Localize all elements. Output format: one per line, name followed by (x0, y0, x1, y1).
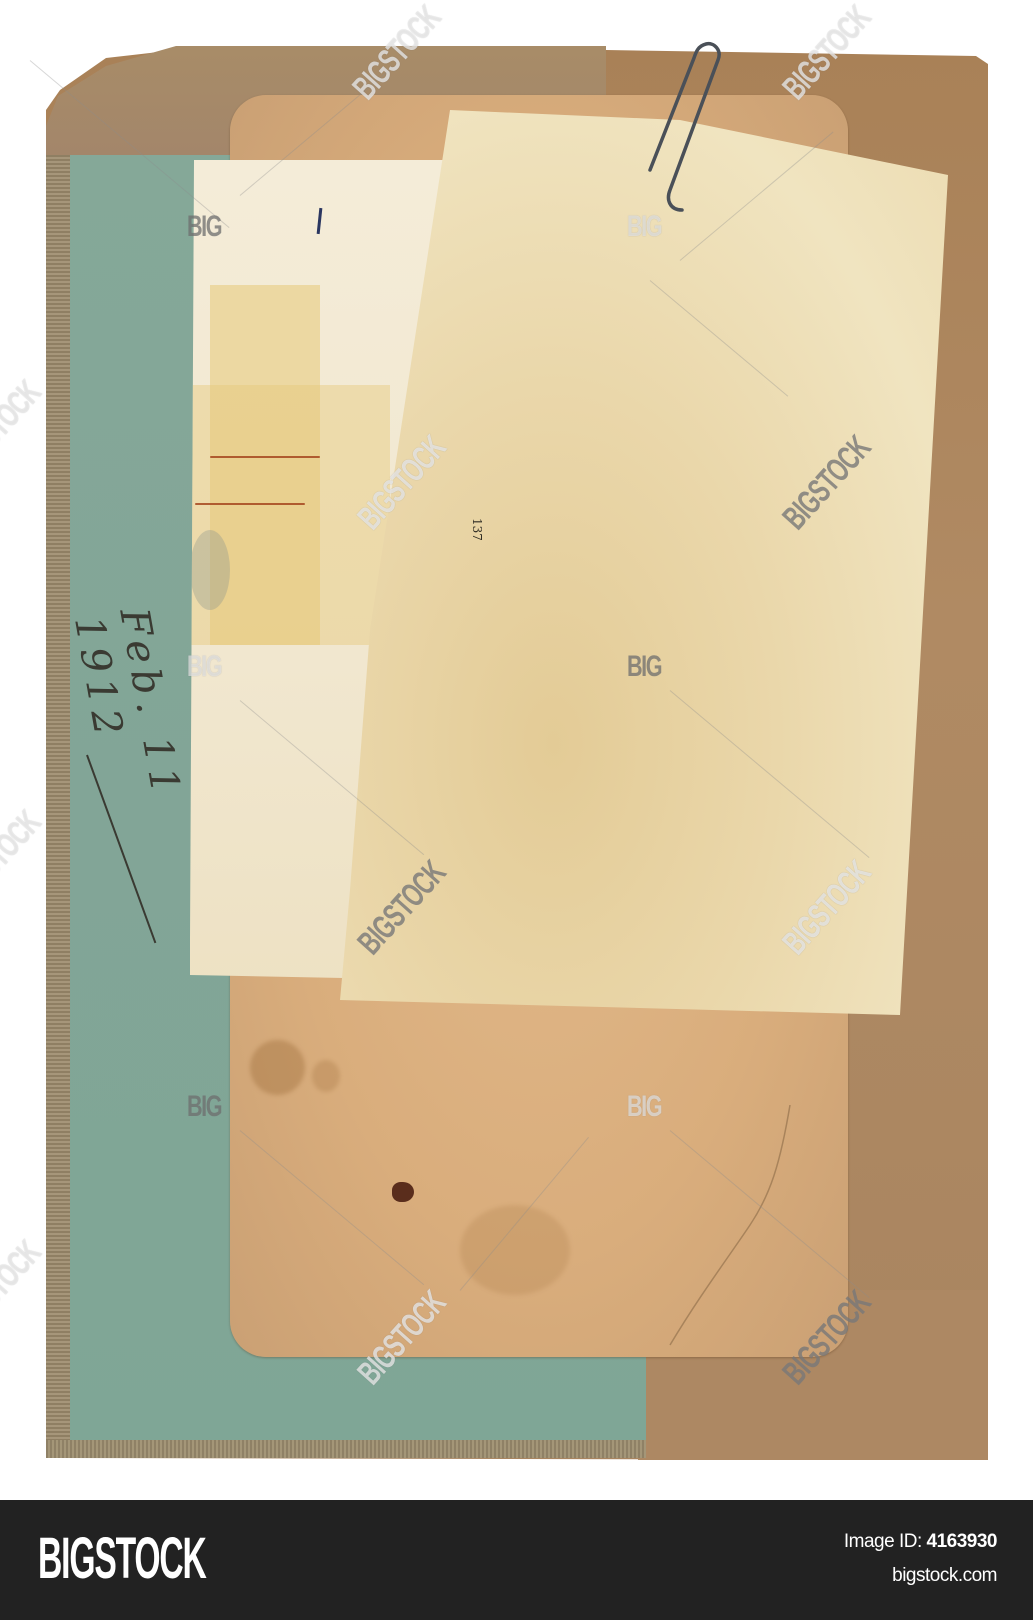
bigstock-logo[interactable]: BIGSTOCK (38, 1530, 206, 1588)
stain (190, 530, 230, 610)
photo-canvas: 137 Feb. 11 1912 BIG BIG BIG BIG BIG BIG… (0, 0, 1033, 1500)
watermark-big: BIG (187, 650, 221, 684)
watermark-big: BIG (627, 650, 661, 684)
watermark-big: BIG (187, 1090, 221, 1124)
paper-clip-icon (640, 40, 740, 230)
watermark-bigstock: BIGSTOCK (0, 374, 49, 483)
watermark-big: BIG (627, 1090, 661, 1124)
watermark-big: BIG (627, 210, 661, 244)
stain (250, 1040, 305, 1095)
footer-info: Image ID: 4163930 bigstock.com (844, 1530, 997, 1588)
image-id-value: 4163930 (927, 1531, 997, 1552)
site-link[interactable]: bigstock.com (844, 1564, 997, 1588)
crease-line (660, 1105, 800, 1355)
rust-line (210, 456, 320, 458)
footer-bar: BIGSTOCK Image ID: 4163930 bigstock.com (0, 1500, 1033, 1620)
image-id: Image ID: 4163930 (844, 1530, 997, 1554)
burn-mark (392, 1182, 414, 1202)
stain (460, 1205, 570, 1295)
teal-card-bottom-edge (46, 1440, 646, 1458)
image-id-label: Image ID: (844, 1531, 922, 1552)
stitched-spine (46, 155, 70, 1455)
watermark-big: BIG (187, 210, 221, 244)
watermark-bigstock: BIGSTOCK (0, 804, 49, 913)
printed-number: 137 (470, 518, 484, 541)
watermark-bigstock: BIGSTOCK (0, 1234, 49, 1343)
stain (312, 1060, 340, 1092)
rust-line (195, 503, 305, 505)
